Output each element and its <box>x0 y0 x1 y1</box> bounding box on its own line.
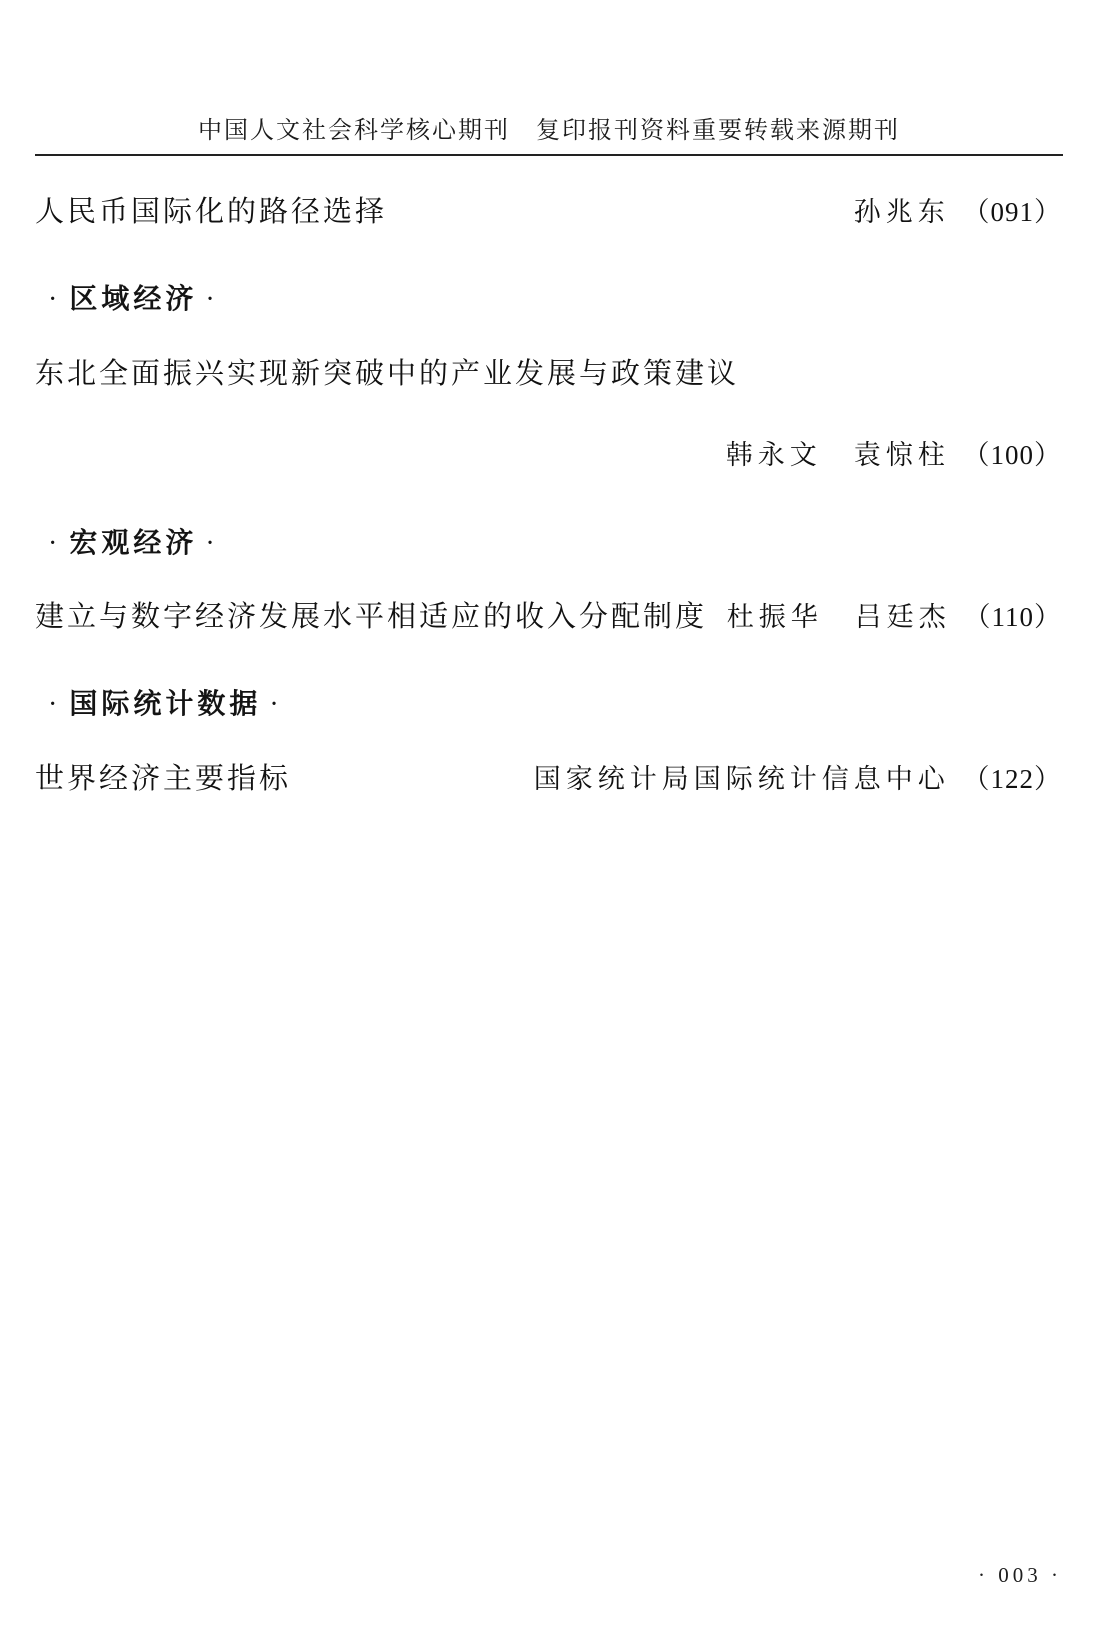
section-bullet-left: · <box>40 528 69 559</box>
toc-entry: 东北全面振兴实现新突破中的产业发展与政策建议 <box>35 358 1062 391</box>
entry-title[interactable]: 建立与数字经济发展水平相适应的收入分配制度 <box>35 601 707 634</box>
entry-author-page: 杜振华 吕廷杰 （110） <box>727 602 1062 633</box>
section-bullet-right: · <box>261 689 290 720</box>
header-rule <box>35 154 1063 156</box>
running-head: 中国人文社会科学核心期刊 复印报刊资料重要转载来源期刊 <box>35 110 1063 145</box>
entry-authors: 韩永文 袁惊柱 <box>726 440 950 470</box>
section-heading-regional-economy: ·区域经济· <box>40 277 1062 317</box>
toc-entry-authors-line: 韩永文 袁惊柱 （100） <box>35 440 1062 471</box>
entry-author-page: 韩永文 袁惊柱 （100） <box>726 440 1062 471</box>
section-bullet-right: · <box>197 528 226 559</box>
entry-title[interactable]: 东北全面振兴实现新突破中的产业发展与政策建议 <box>35 358 739 391</box>
entry-title[interactable]: 世界经济主要指标 <box>35 763 291 796</box>
entry-page-number: （091） <box>963 197 1063 227</box>
toc-entry: 人民币国际化的路径选择 孙兆东 （091） <box>35 196 1062 229</box>
entry-page-number: （110） <box>964 602 1063 632</box>
section-bullet-left: · <box>40 689 69 720</box>
entry-page-number: （122） <box>963 764 1063 794</box>
folio-page-number: · 003 · <box>978 1563 1062 1588</box>
section-heading-international-statistics: ·国际统计数据· <box>40 682 1062 722</box>
entry-authors: 国家统计局国际统计信息中心 <box>534 764 950 794</box>
entry-authors: 孙兆东 <box>854 197 950 227</box>
section-bullet-right: · <box>197 284 226 315</box>
section-label: 宏观经济 <box>69 527 197 558</box>
journal-toc-page: 中国人文社会科学核心期刊 复印报刊资料重要转载来源期刊 人民币国际化的路径选择 … <box>0 0 1098 1648</box>
toc-entry: 建立与数字经济发展水平相适应的收入分配制度 杜振华 吕廷杰 （110） <box>35 601 1062 634</box>
entry-title[interactable]: 人民币国际化的路径选择 <box>35 196 387 229</box>
entry-page-number: （100） <box>963 440 1063 470</box>
section-label: 区域经济 <box>69 283 197 314</box>
section-heading-macro-economy: ·宏观经济· <box>40 521 1062 561</box>
entry-authors: 杜振华 吕廷杰 <box>727 602 951 632</box>
section-bullet-left: · <box>40 284 69 315</box>
entry-author-page: 国家统计局国际统计信息中心 （122） <box>534 764 1062 795</box>
entry-author-page: 孙兆东 （091） <box>854 197 1062 228</box>
section-label: 国际统计数据 <box>69 688 261 719</box>
toc-entry: 世界经济主要指标 国家统计局国际统计信息中心 （122） <box>35 763 1062 796</box>
